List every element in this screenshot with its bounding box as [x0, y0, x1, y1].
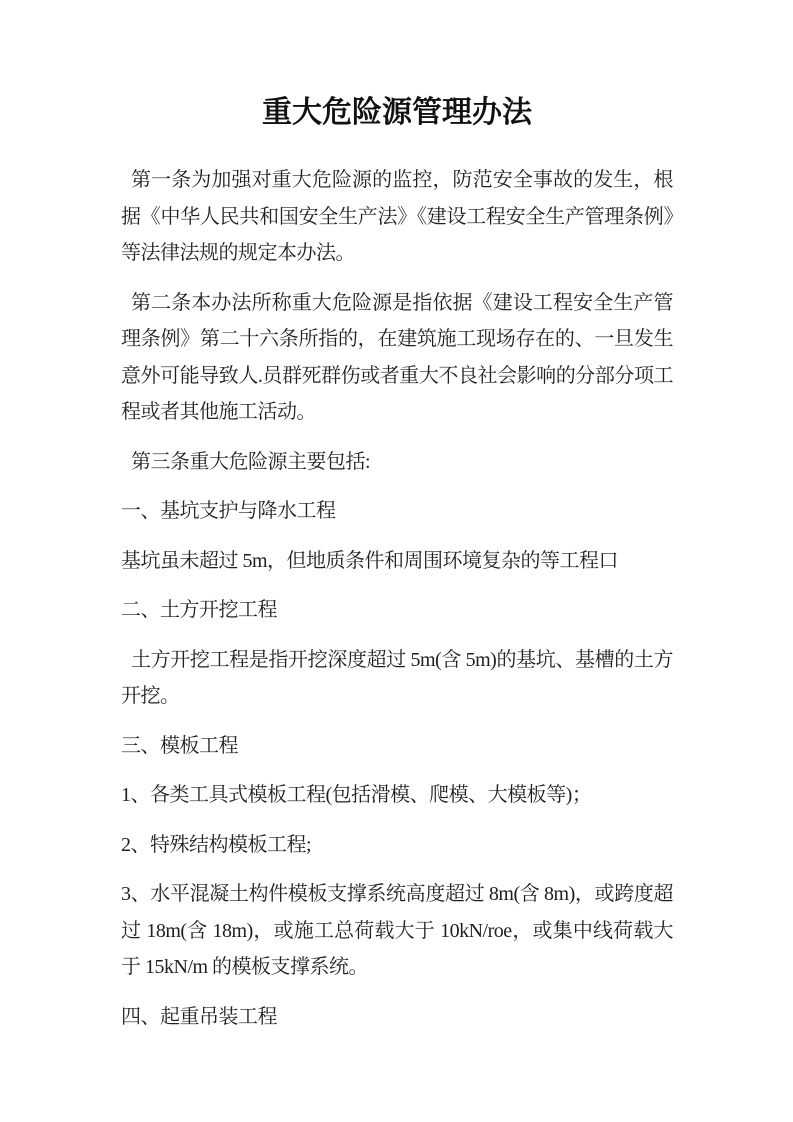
heading-item-4-lifting-hoisting: 四、起重吊装工程: [121, 999, 673, 1036]
page-title: 重大危险源管理办法: [121, 94, 673, 132]
document-body: 第一条为加强对重大危险源的监控，防范安全事故的发生，根据《中华人民共和国安全生产…: [121, 162, 673, 1035]
paragraph-item-3-sub-2: 2、特殊结构模板工程;: [121, 827, 673, 864]
paragraph-article-2: 第二条本办法所称重大危险源是指依据《建设工程安全生产管理条例》第二十六条所指的，…: [121, 285, 673, 431]
paragraph-item-3-sub-3: 3、水平混凝土构件模板支撑系统高度超过 8m(含 8m)，或跨度超过 18m(含…: [121, 876, 673, 986]
document-page: 重大危险源管理办法 第一条为加强对重大危险源的监控，防范安全事故的发生，根据《中…: [0, 0, 793, 1122]
heading-item-1-pit-support: 一、基坑支护与降水工程: [121, 493, 673, 530]
paragraph-item-2-detail: 土方开挖工程是指开挖深度超过 5m(含 5m)的基坑、基槽的土方开挖。: [121, 642, 673, 715]
paragraph-article-3: 第三条重大危险源主要包括:: [121, 444, 673, 481]
paragraph-article-1: 第一条为加强对重大危险源的监控，防范安全事故的发生，根据《中华人民共和国安全生产…: [121, 162, 673, 272]
heading-item-2-earth-excavation: 二、土方开挖工程: [121, 592, 673, 629]
heading-item-3-formwork: 三、模板工程: [121, 728, 673, 765]
paragraph-item-3-sub-1: 1、各类工具式模板工程(包括滑模、爬模、大模板等)；: [121, 777, 673, 814]
paragraph-item-1-detail: 基坑虽未超过 5m，但地质条件和周围环境复杂的等工程口: [121, 543, 673, 580]
